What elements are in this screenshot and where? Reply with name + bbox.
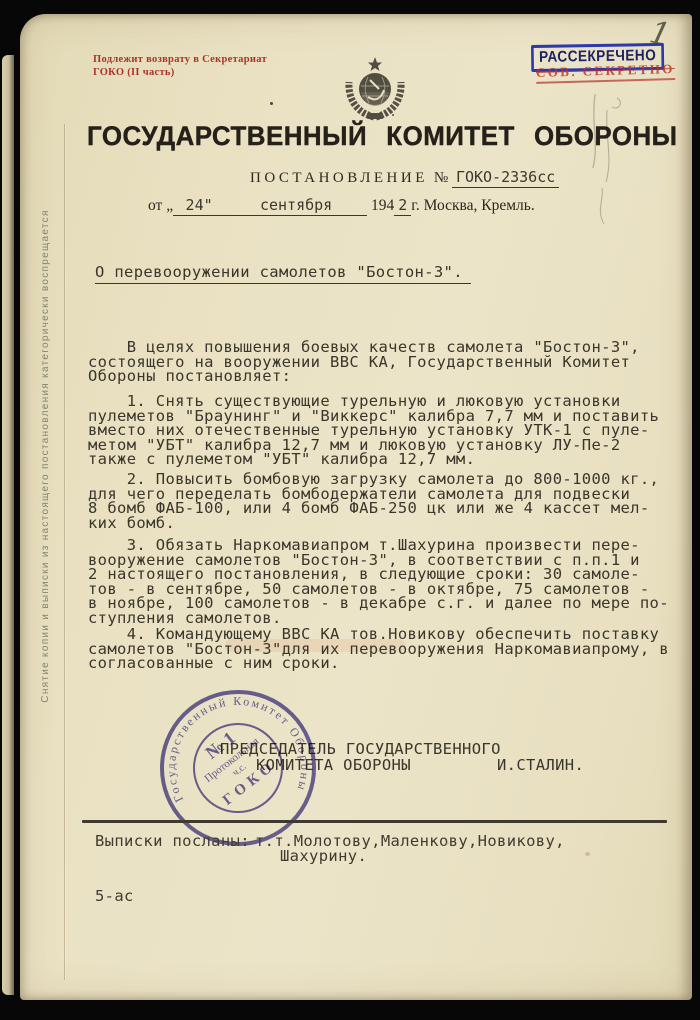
place-label: г. Москва, Кремль. <box>411 197 535 214</box>
return-notice-line2: ГОКО (II часть) <box>93 67 267 80</box>
separator-line <box>82 820 667 823</box>
soviet-coat-of-arms-icon <box>338 56 412 122</box>
dust-speck <box>392 114 394 116</box>
return-notice-line1: Подлежит возврату в Секретариат <box>93 54 267 67</box>
scanned-document-screenshot: { "page_mark": { "number": "1" }, "retur… <box>0 0 700 1020</box>
document-page: Снятие копии и выписки из настоящего пос… <box>20 14 692 1000</box>
return-notice: Подлежит возврату в Секретариат ГОКО (II… <box>93 54 267 79</box>
signature-name: И.СТАЛИН. <box>497 756 584 774</box>
paper-crease <box>64 124 65 980</box>
pencil-scribbles <box>565 86 645 256</box>
decree-number: ГОКО-2336сс <box>452 168 559 188</box>
text-line: Обороны постановляет: <box>88 369 692 384</box>
paragraph-item-1: 1. Снять существующие турельную и люкову… <box>88 394 692 467</box>
doc-type-label: ПОСТАНОВЛЕНИЕ <box>250 170 428 186</box>
paragraph-intro: В целях повышения боевых качеств самолет… <box>88 340 692 384</box>
text-line: ких бомб. <box>88 516 692 531</box>
organization-title: ГОСУДАРСТВЕННЫЙ КОМИТЕТ ОБОРОНЫ <box>87 121 663 152</box>
open-quote: „ <box>166 197 173 214</box>
text-line: 8 бомб ФАБ-100, или 4 бомб ФАБ-250 цк ил… <box>88 501 692 516</box>
copies-recipients-line2: Шахурину. <box>280 847 367 865</box>
dust-speck <box>270 102 273 105</box>
paragraph-item-4: 4. Командующему ВВС КА тов.Новикову обес… <box>88 627 692 671</box>
secrecy-stamp-struck: СОВ. СЕКРЕТНО <box>536 61 675 84</box>
paragraph-item-3: 3. Обязать Наркомавиапром т.Шахурина про… <box>88 538 692 625</box>
date-month: сентября <box>225 196 367 216</box>
year-typed: 2 <box>394 196 411 216</box>
decree-heading: ПОСТАНОВЛЕНИЕ№ ГОКО-2336сс <box>250 168 559 188</box>
dust-speck <box>445 842 449 845</box>
dust-speck <box>585 852 590 856</box>
text-line: ступления самолетов. <box>88 611 692 626</box>
number-sign: № <box>434 170 448 186</box>
previous-page-edge <box>2 55 14 995</box>
date-day: 24" <box>173 196 225 216</box>
date-ot-label: от <box>148 197 162 214</box>
document-code: 5-ас <box>95 887 134 905</box>
text-line: также с пулеметом "УБТ" калибра 12,7 мм. <box>88 452 692 467</box>
text-line: согласованные с ним сроки. <box>88 656 692 671</box>
year-printed: 194 <box>371 197 394 214</box>
paragraph-item-2: 2. Повысить бомбовую загрузку самолета д… <box>88 472 692 530</box>
goko-protocol-seal: Государственный Комитет Обороны № 1 Прот… <box>153 683 323 853</box>
subject-line: О перевооружении самолетов "Бостон-3". <box>95 263 471 284</box>
handwritten-page-number: 1 <box>646 14 673 54</box>
side-margin-caption: Снятие копии и выписки из настоящего пос… <box>40 198 55 714</box>
date-place-line: от „24"сентября 1942г. Москва, Кремль. <box>148 196 535 216</box>
copies-sent-label: Выписки посланы: <box>95 832 250 850</box>
